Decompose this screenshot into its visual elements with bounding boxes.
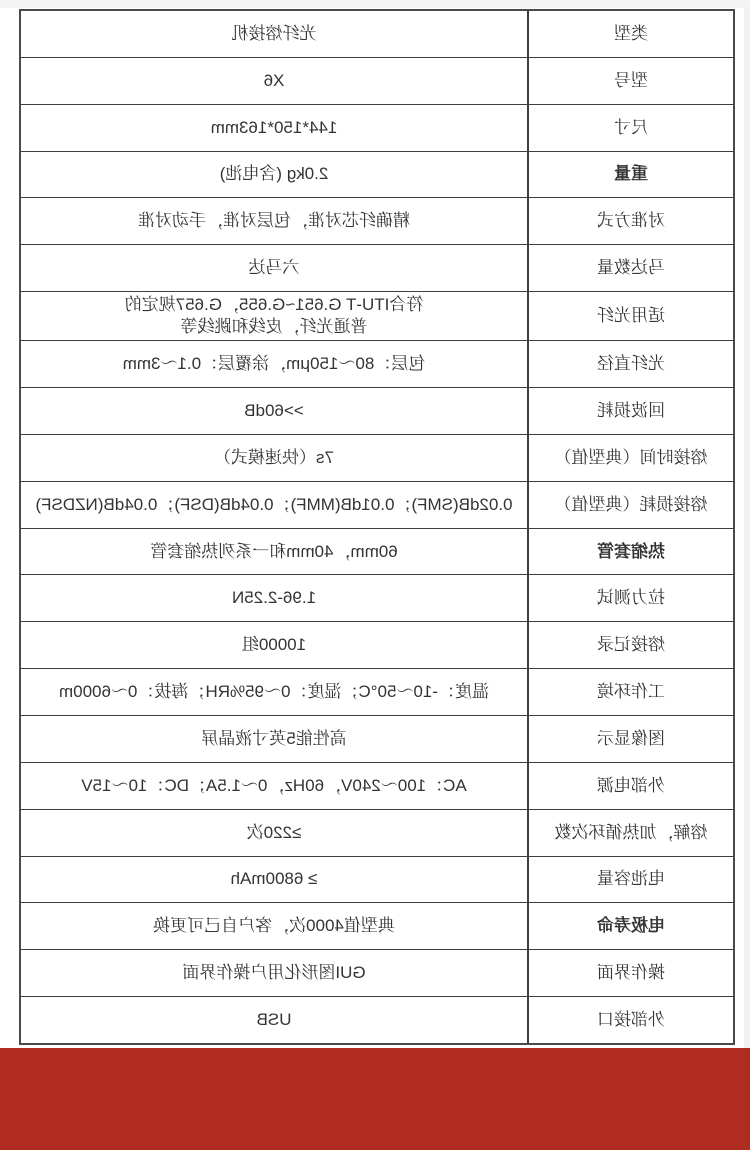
mirrored-layer: 类型光纤熔接机型号X6尺寸144*150*163mm重量2.0kg (含电池)对… — [0, 0, 750, 1150]
footer-band — [0, 1048, 750, 1150]
spec-label: 光纤直径 — [527, 341, 733, 387]
spec-value: 144*150*163mm — [21, 105, 527, 151]
table-row: 型号X6 — [21, 57, 733, 104]
spec-value: >>60dB — [21, 388, 527, 434]
table-row: 外部接口USB — [21, 996, 733, 1043]
spec-value: 10000组 — [21, 622, 527, 668]
spec-label: 马达数量 — [527, 245, 733, 291]
spec-value: 光纤熔接机 — [21, 11, 527, 57]
spec-label: 类型 — [527, 11, 733, 57]
spec-label: 对准方式 — [527, 198, 733, 244]
spec-value: USB — [21, 997, 527, 1043]
table-row: 图像显示高性能5英寸液晶屏 — [21, 715, 733, 762]
spec-value: 高性能5英寸液晶屏 — [21, 716, 527, 762]
spec-value: X6 — [21, 58, 527, 104]
spec-value: AC：100～240V，60Hz，0～1.5A；DC：10～15V — [21, 763, 527, 809]
spec-label: 熔接记录 — [527, 622, 733, 668]
spec-value: 7s（快速模式） — [21, 435, 527, 481]
spec-value: 60mm，40mm和一系列热缩套管 — [21, 529, 527, 575]
spec-label: 拉力测试 — [527, 575, 733, 621]
table-row: 外部电源AC：100～240V，60Hz，0～1.5A；DC：10～15V — [21, 762, 733, 809]
spec-value: 温度：-10～50°C；湿度：0～95%RH；海拔：0～6000m — [21, 669, 527, 715]
spec-value: 包层：80～150μm，涂覆层：0.1～3mm — [21, 341, 527, 387]
spec-table: 类型光纤熔接机型号X6尺寸144*150*163mm重量2.0kg (含电池)对… — [19, 9, 735, 1045]
spec-value: GUI图形化用户操作界面 — [21, 950, 527, 996]
spec-label: 适用光纤 — [527, 292, 733, 340]
spec-value: 六马达 — [21, 245, 527, 291]
table-row: 电极寿命典型值4000次，客户自己可更换 — [21, 902, 733, 949]
table-row: 适用光纤符合ITU-T G.651~G.655，G.657规定的 普通光纤，皮线… — [21, 291, 733, 340]
spec-value: ≥220次 — [21, 810, 527, 856]
spec-value: 符合ITU-T G.651~G.655，G.657规定的 普通光纤，皮线和跳线等 — [21, 292, 527, 340]
table-row: 光纤直径包层：80～150μm，涂覆层：0.1～3mm — [21, 340, 733, 387]
spec-label: 回波损耗 — [527, 388, 733, 434]
spec-value: 0.02dB(SMF)；0.01dB(MMF)；0.04dB(DSF)；0.04… — [21, 482, 527, 528]
table-row: 重量2.0kg (含电池) — [21, 151, 733, 198]
table-row: 熔解，加热循环次数≥220次 — [21, 809, 733, 856]
screen: 类型光纤熔接机型号X6尺寸144*150*163mm重量2.0kg (含电池)对… — [0, 0, 750, 1150]
table-row: 熔接记录10000组 — [21, 621, 733, 668]
spec-label: 电极寿命 — [527, 903, 733, 949]
table-row: 拉力测试1.96-2.25N — [21, 574, 733, 621]
spec-value: 典型值4000次，客户自己可更换 — [21, 903, 527, 949]
spec-label: 熔接时间（典型值） — [527, 435, 733, 481]
spec-value: ≥ 6800mAh — [21, 857, 527, 903]
table-row: 回波损耗>>60dB — [21, 387, 733, 434]
spec-label: 重量 — [527, 152, 733, 198]
spec-label: 型号 — [527, 58, 733, 104]
spec-label: 熔接损耗（典型值） — [527, 482, 733, 528]
spec-label: 熔解，加热循环次数 — [527, 810, 733, 856]
spec-label: 图像显示 — [527, 716, 733, 762]
table-row: 电池容量≥ 6800mAh — [21, 856, 733, 903]
spec-label: 外部接口 — [527, 997, 733, 1043]
spec-label: 工作环境 — [527, 669, 733, 715]
spec-label: 外部电源 — [527, 763, 733, 809]
spec-value: 精确纤芯对准，包层对准，手动对准 — [21, 198, 527, 244]
table-row: 热缩套管60mm，40mm和一系列热缩套管 — [21, 528, 733, 575]
table-row: 尺寸144*150*163mm — [21, 104, 733, 151]
spec-value: 1.96-2.25N — [21, 575, 527, 621]
spec-label: 热缩套管 — [527, 529, 733, 575]
table-row: 类型光纤熔接机 — [21, 11, 733, 57]
table-row: 工作环境温度：-10～50°C；湿度：0～95%RH；海拔：0～6000m — [21, 668, 733, 715]
spec-label: 电池容量 — [527, 857, 733, 903]
spec-label: 操作界面 — [527, 950, 733, 996]
table-row: 熔接损耗（典型值）0.02dB(SMF)；0.01dB(MMF)；0.04dB(… — [21, 481, 733, 528]
table-row: 熔接时间（典型值）7s（快速模式） — [21, 434, 733, 481]
table-row: 操作界面GUI图形化用户操作界面 — [21, 949, 733, 996]
spec-value: 2.0kg (含电池) — [21, 152, 527, 198]
spec-label: 尺寸 — [527, 105, 733, 151]
table-row: 马达数量六马达 — [21, 244, 733, 291]
table-row: 对准方式精确纤芯对准，包层对准，手动对准 — [21, 197, 733, 244]
